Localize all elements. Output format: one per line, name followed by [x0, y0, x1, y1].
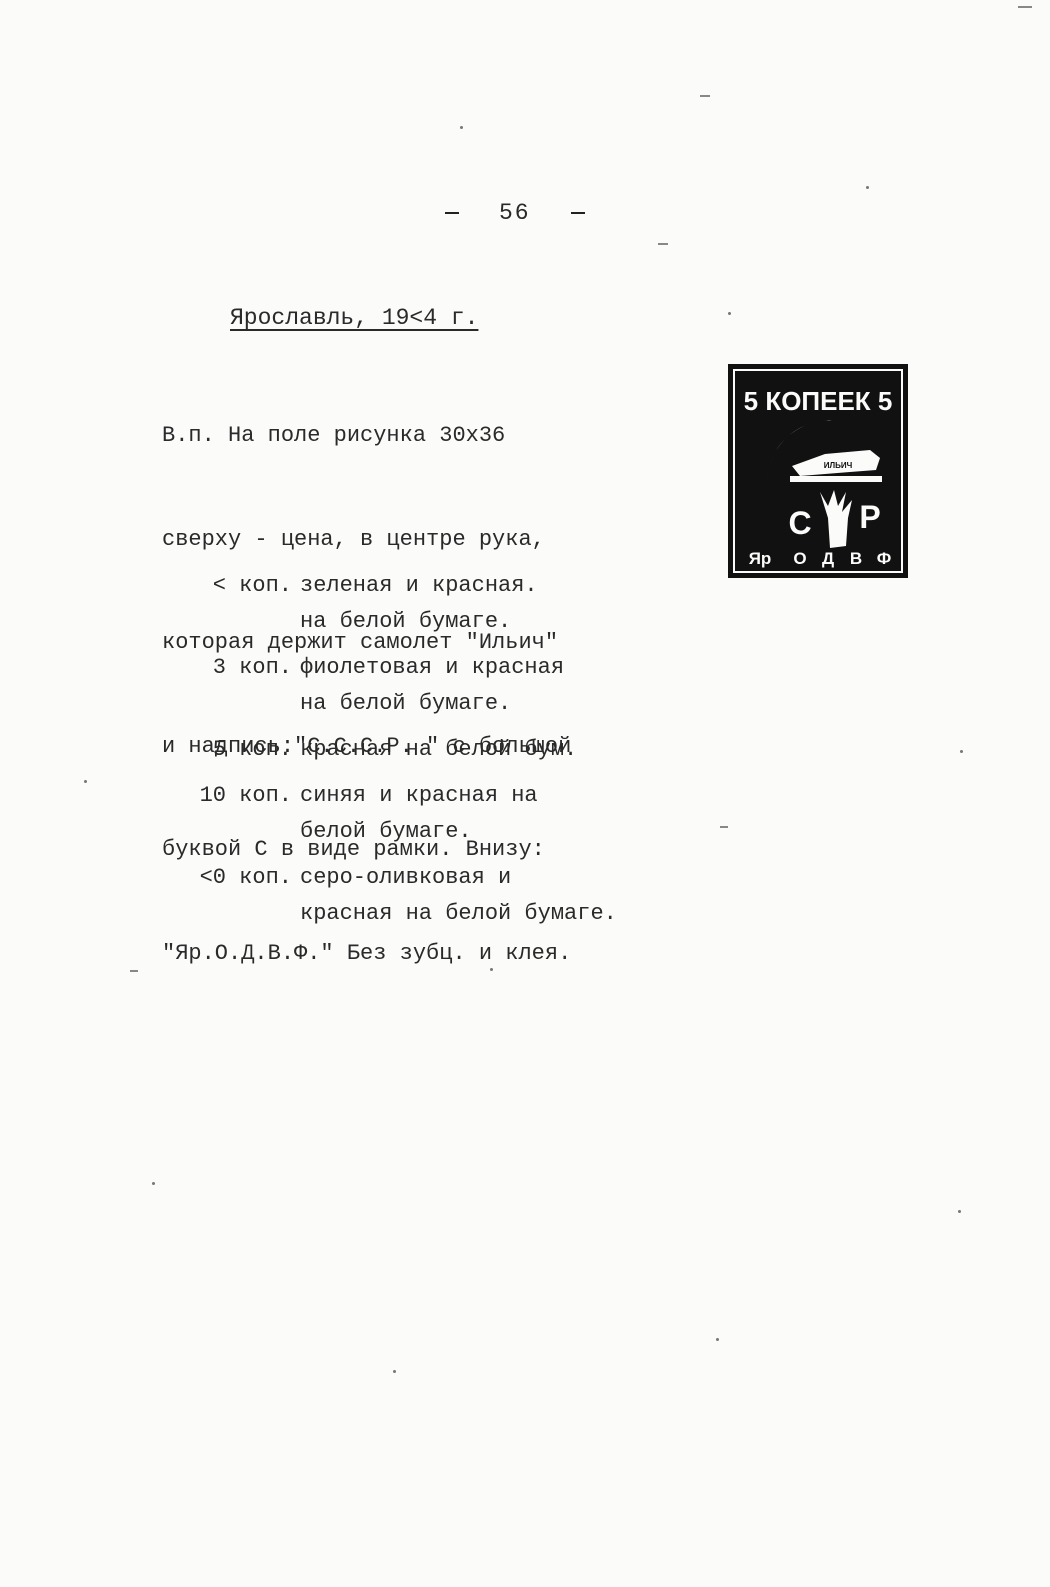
plane-text: ИЛЬИЧ [824, 461, 853, 470]
denomination: 3 коп. [162, 650, 300, 722]
stamp-illustration: 5 КОПЕЕК 5 ИЛЬИЧ С Р Яр О Д В Ф [728, 364, 908, 578]
stamp-bottom-text: Д [822, 549, 834, 568]
color-line: красная на белой бум. [300, 732, 577, 768]
scan-speck [490, 968, 493, 971]
scan-speck [866, 186, 869, 189]
scan-speck [393, 1370, 396, 1373]
denomination-item: < коп. зеленая и красная. на белой бумаг… [162, 568, 617, 640]
color-line: красная на белой бумаге. [300, 896, 617, 932]
denomination: <0 коп. [162, 860, 300, 932]
stamp-image: 5 КОПЕЕК 5 ИЛЬИЧ С Р Яр О Д В Ф [730, 366, 906, 576]
page-number-value: 56 [499, 200, 531, 226]
stamp-top-text: 5 КОПЕЕК 5 [744, 386, 893, 416]
stamp-bottom-text: О [793, 549, 806, 568]
denomination-item: <0 коп. серо-оливковая и красная на бело… [162, 860, 617, 932]
color-line: синяя и красная на [300, 778, 538, 814]
denomination: 10 коп. [162, 778, 300, 850]
scan-speck [460, 126, 463, 129]
color-line: серо-оливковая и [300, 860, 617, 896]
dash-left [445, 212, 459, 214]
page-number: 56 [445, 200, 585, 226]
scan-speck [152, 1182, 155, 1185]
scan-speck [716, 1338, 719, 1341]
stamp-bottom-text: В [850, 549, 862, 568]
stamp-letter-p: Р [859, 499, 880, 535]
denomination-item: 10 коп. синяя и красная на белой бумаге. [162, 778, 617, 850]
scan-mark [720, 826, 728, 828]
color-line: белой бумаге. [300, 814, 538, 850]
denomination: < коп. [162, 568, 300, 640]
stamp-letter-c: С [788, 505, 811, 541]
color-line: зеленая и красная. [300, 568, 538, 604]
scan-mark [1018, 6, 1032, 8]
color-line: на белой бумаге. [300, 604, 538, 640]
denomination-list: < коп. зеленая и красная. на белой бумаг… [162, 568, 617, 942]
dash-right [571, 212, 585, 214]
denomination-item: 3 коп. фиолетовая и красная на белой бум… [162, 650, 617, 722]
scan-speck [728, 312, 731, 315]
color-line: на белой бумаге. [300, 686, 564, 722]
scan-speck [958, 1210, 961, 1213]
scan-speck [84, 780, 87, 783]
scan-mark [700, 95, 710, 97]
stamp-bottom-text: Яр [749, 549, 772, 568]
stamp-bottom-text: Ф [877, 549, 892, 568]
description-line: сверху - цена, в центре рука, [162, 523, 571, 558]
color-line: фиолетовая и красная [300, 650, 564, 686]
section-heading: Ярославль, 19<4 г. [230, 305, 478, 331]
denomination: 5 коп. [162, 732, 300, 768]
denomination-item: 5 коп. красная на белой бум. [162, 732, 617, 768]
scan-mark [658, 243, 668, 245]
scan-speck [960, 750, 963, 753]
description-line: В.п. На поле рисунка 30х36 [162, 419, 571, 454]
scan-mark [130, 970, 138, 972]
